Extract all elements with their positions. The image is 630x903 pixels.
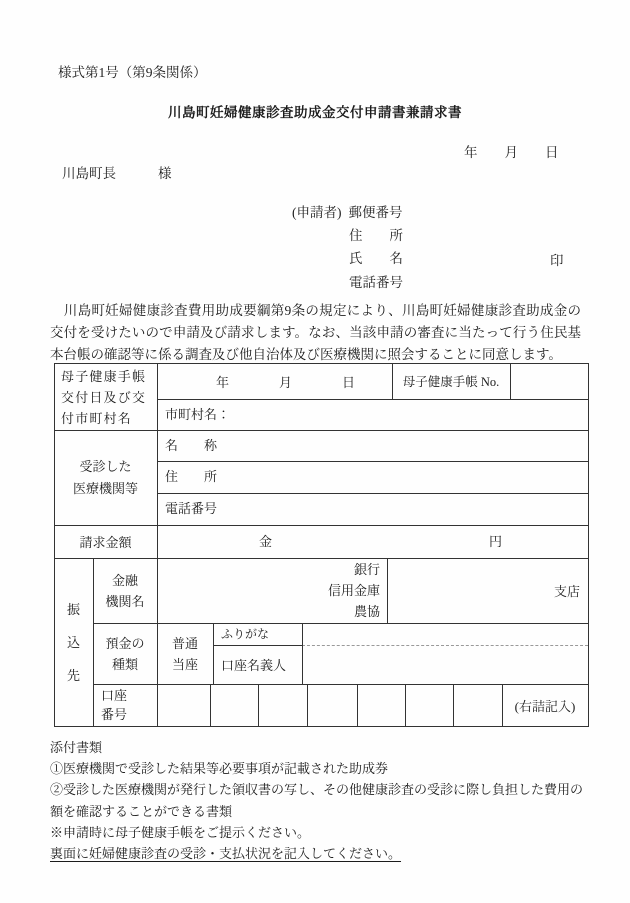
handbook-day-label: 日 (342, 372, 355, 391)
form-table: 母子健康手帳交付日及び交付市町村名 年 月 日 母子健康手帳 No. 市町村名：… (54, 363, 589, 727)
amount-suffix: 円 (489, 525, 502, 558)
branch-label: 支店 (387, 558, 588, 623)
notes-reverse-side: 裏面に妊婦健康診査の受診・支払状況を記入してください。 (50, 843, 590, 864)
bank-name-label: 金融 機関名 (93, 558, 157, 623)
seal-mark: 印 (550, 249, 564, 269)
medical-address-label: 住 所 (157, 461, 588, 493)
page-title: 川島町妊婦健康診査助成金交付申請書兼請求書 (0, 101, 630, 121)
deposit-kind-options: 普通 当座 (157, 623, 213, 684)
applicant-phone-label: 電話番号 (292, 271, 403, 294)
furigana-label: ふりがな (213, 623, 302, 645)
table-line (302, 623, 303, 684)
notes-title: 添付書類 (50, 737, 590, 758)
account-digit-box (258, 684, 307, 726)
notes-item-2: ②受診した医療機関が発行した領収書の写し、その他健康診査の受診に際し負担した費用… (50, 779, 590, 821)
applicant-postal-label: 郵便番号 (349, 201, 403, 224)
table-line (588, 363, 589, 727)
application-form-page: 様式第1号（第9条関係） 川島町妊婦健康診査助成金交付申請書兼請求書 年 月 日… (0, 0, 630, 903)
addressee-name: 川島町長 (62, 162, 116, 182)
handbook-month-label: 月 (279, 372, 292, 391)
medical-row-label: 受診した 医療機関等 (54, 430, 157, 525)
account-number-label: 口座 番号 (93, 684, 157, 726)
amount-cell: 金 円 (157, 525, 588, 558)
medical-name-label: 名 称 (157, 430, 588, 461)
attachment-notes: 添付書類 ①医療機関で受診した結果等必要事項が記載された助成券 ②受診した医療機… (50, 737, 590, 864)
handbook-row-label: 母子健康手帳交付日及び交付市町村名 (54, 363, 157, 430)
applicant-block: (申請者) 郵便番号 住 所 氏 名 電話番号 (292, 201, 403, 294)
account-digit-box (307, 684, 357, 726)
transfer-row-label-cell: 振込先 (54, 558, 93, 726)
account-digit-box (357, 684, 405, 726)
furigana-divider-dashed (302, 645, 588, 646)
municipality-label: 市町村名： (157, 399, 588, 430)
declaration-paragraph: 川島町妊婦健康診査費用助成要綱第9条の規定により、川島町妊婦健康診査助成金の交付… (50, 300, 581, 365)
date-day-label: 日 (545, 141, 559, 161)
date-month-label: 月 (505, 141, 519, 161)
amount-prefix: 金 (259, 525, 272, 558)
handbook-date-cell: 年 月 日 (157, 363, 392, 399)
table-line (54, 726, 588, 727)
account-digit-box (157, 684, 210, 726)
date-year-label: 年 (464, 141, 478, 161)
amount-row-label: 請求金額 (54, 525, 157, 558)
notes-presentation: ※申請時に母子健康手帳をご提示ください。 (50, 822, 590, 843)
handbook-no-value-cell (510, 363, 588, 399)
account-note: (右詰記入) (502, 684, 588, 726)
bank-type-options: 銀行 信用金庫 農協 (157, 558, 387, 623)
account-digit-box (405, 684, 453, 726)
applicant-label: (申請者) (292, 201, 342, 224)
account-holder-label: 口座名義人 (213, 645, 302, 684)
handbook-year-label: 年 (216, 372, 229, 391)
notes-item-1: ①医療機関で受診した結果等必要事項が記載された助成券 (50, 758, 590, 779)
deposit-type-label: 預金の 種類 (93, 623, 157, 684)
medical-phone-label: 電話番号 (157, 493, 588, 525)
applicant-name-label: 氏 名 (292, 247, 403, 270)
account-digit-box (453, 684, 502, 726)
addressee: 川島町長 様 (62, 162, 172, 182)
handbook-no-label: 母子健康手帳 No. (392, 363, 510, 399)
date-line: 年 月 日 (464, 141, 559, 161)
transfer-row-label: 振込先 (66, 593, 82, 692)
addressee-honorific: 様 (158, 162, 172, 182)
applicant-address-label: 住 所 (292, 224, 403, 247)
form-number: 様式第1号（第9条関係） (58, 61, 207, 81)
account-digit-box (210, 684, 258, 726)
